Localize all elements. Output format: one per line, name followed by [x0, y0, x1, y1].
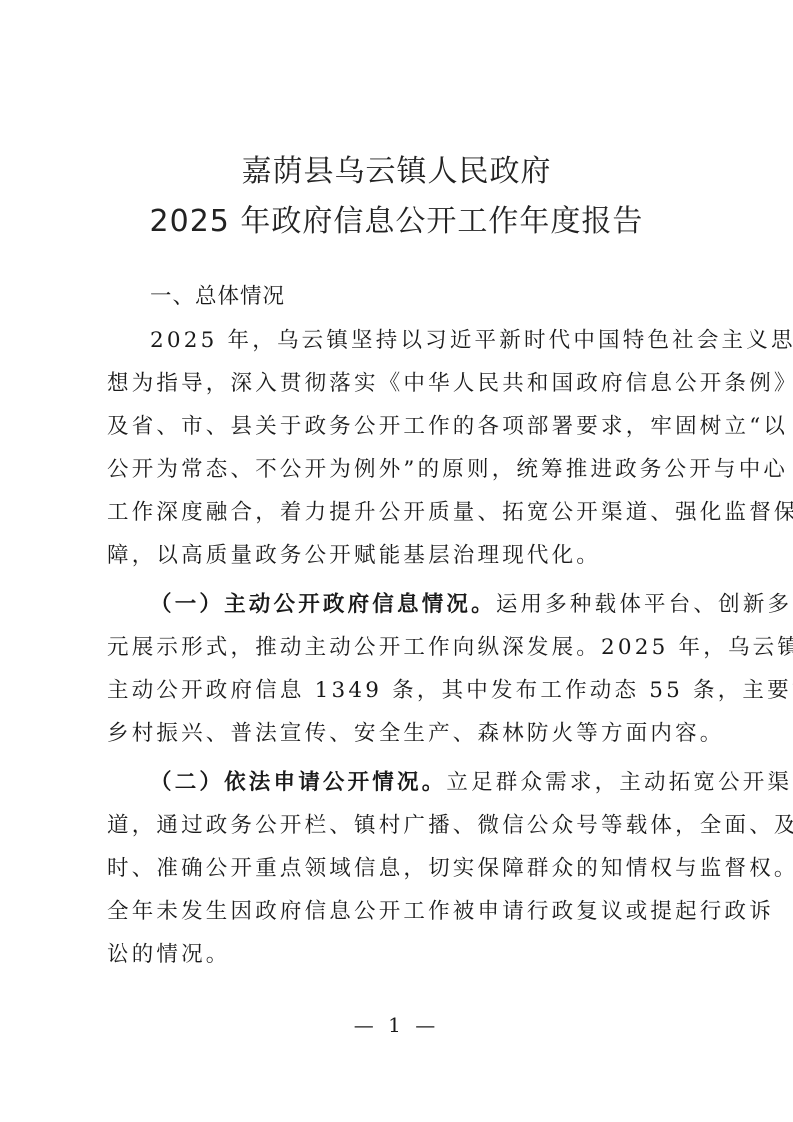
paragraph-line: 主动公开政府信息 1349 条，其中发布工作动态 55 条，主要涉及: [107, 676, 687, 706]
paragraph-line: 工作深度融合，着力提升公开质量、拓宽公开渠道、强化监督保: [107, 498, 687, 528]
paragraph-line: 讼的情况。: [107, 940, 687, 970]
subsection-heading: （一）主动公开政府信息情况。: [150, 592, 496, 617]
subsection-1-first-line: （一）主动公开政府信息情况。运用多种载体平台、创新多: [150, 590, 687, 620]
paragraph-line: 公开为常态、不公开为例外”的原则，统筹推进政务公开与中心: [107, 455, 687, 485]
title-line-1: 嘉荫县乌云镇人民政府: [0, 146, 793, 190]
paragraph-line: 2025 年，乌云镇坚持以习近平新时代中国特色社会主义思: [150, 326, 687, 356]
document-page: 嘉荫县乌云镇人民政府 2025 年政府信息公开工作年度报告 一、总体情况 202…: [0, 0, 793, 1122]
title-line-2: 2025 年政府信息公开工作年度报告: [0, 196, 793, 240]
subsection-heading: （二）依法申请公开情况。: [150, 770, 446, 795]
paragraph-text: 立足群众需求，主动拓宽公开渠: [446, 770, 792, 795]
subsection-2-first-line: （二）依法申请公开情况。立足群众需求，主动拓宽公开渠: [150, 768, 687, 798]
paragraph-line: 元展示形式，推动主动公开工作向纵深发展。2025 年，乌云镇: [107, 633, 687, 663]
paragraph-line: 道，通过政务公开栏、镇村广播、微信公众号等载体，全面、及: [107, 811, 687, 841]
page-number: — 1 —: [0, 1013, 793, 1037]
section-heading: 一、总体情况: [150, 282, 687, 312]
paragraph-line: 全年未发生因政府信息公开工作被申请行政复议或提起行政诉: [107, 897, 687, 927]
paragraph-text: 运用多种载体平台、创新多: [496, 592, 792, 617]
paragraph-line: 障，以高质量政务公开赋能基层治理现代化。: [107, 541, 687, 571]
paragraph-line: 想为指导，深入贯彻落实《中华人民共和国政府信息公开条例》: [107, 369, 687, 399]
paragraph-line: 时、准确公开重点领域信息，切实保障群众的知情权与监督权。: [107, 854, 687, 884]
paragraph-line: 乡村振兴、普法宣传、安全生产、森林防火等方面内容。: [107, 719, 687, 749]
paragraph-line: 及省、市、县关于政务公开工作的各项部署要求，牢固树立“以: [107, 412, 687, 442]
